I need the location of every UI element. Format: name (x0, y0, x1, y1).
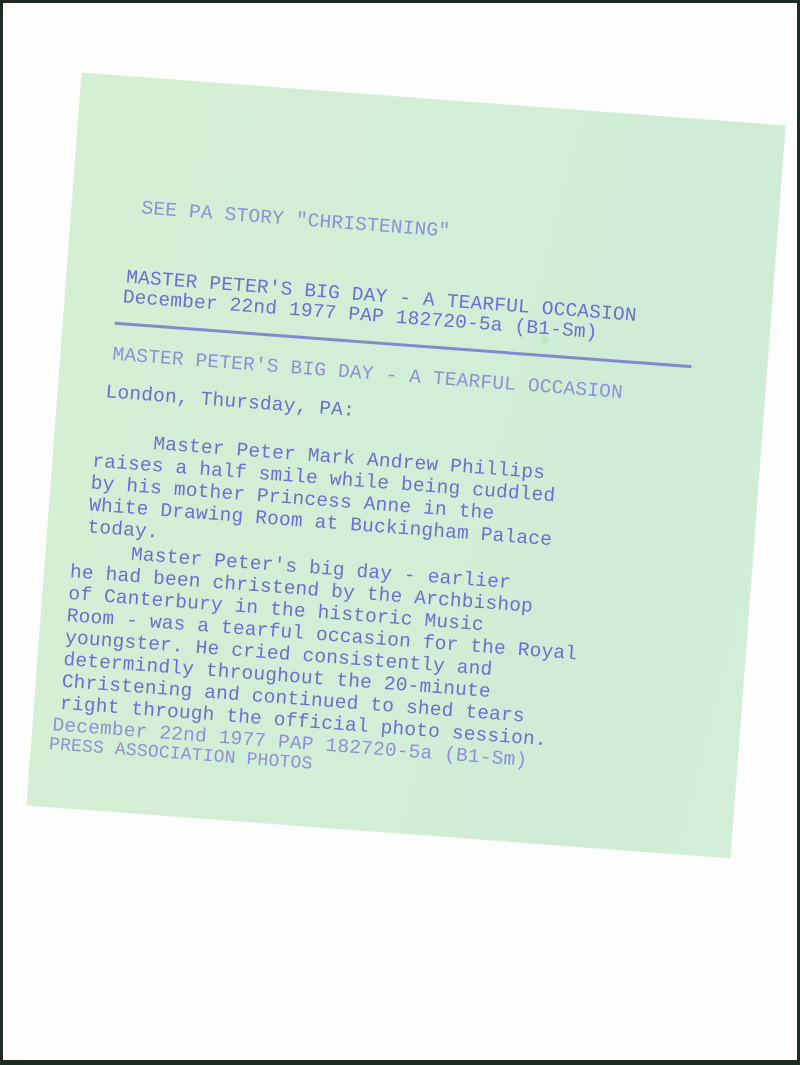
caption-sticker: SEE PA STORY "CHRISTENING" MASTER PETER'… (26, 73, 785, 859)
paragraph-line: today. (87, 516, 160, 543)
date-stamp: 28 DEC (796, 773, 800, 852)
photo-back: SEE PA STORY "CHRISTENING" MASTER PETER'… (3, 3, 797, 1060)
dateline: London, Thursday, PA: (105, 381, 356, 422)
header-note: SEE PA STORY "CHRISTENING" (141, 197, 451, 242)
